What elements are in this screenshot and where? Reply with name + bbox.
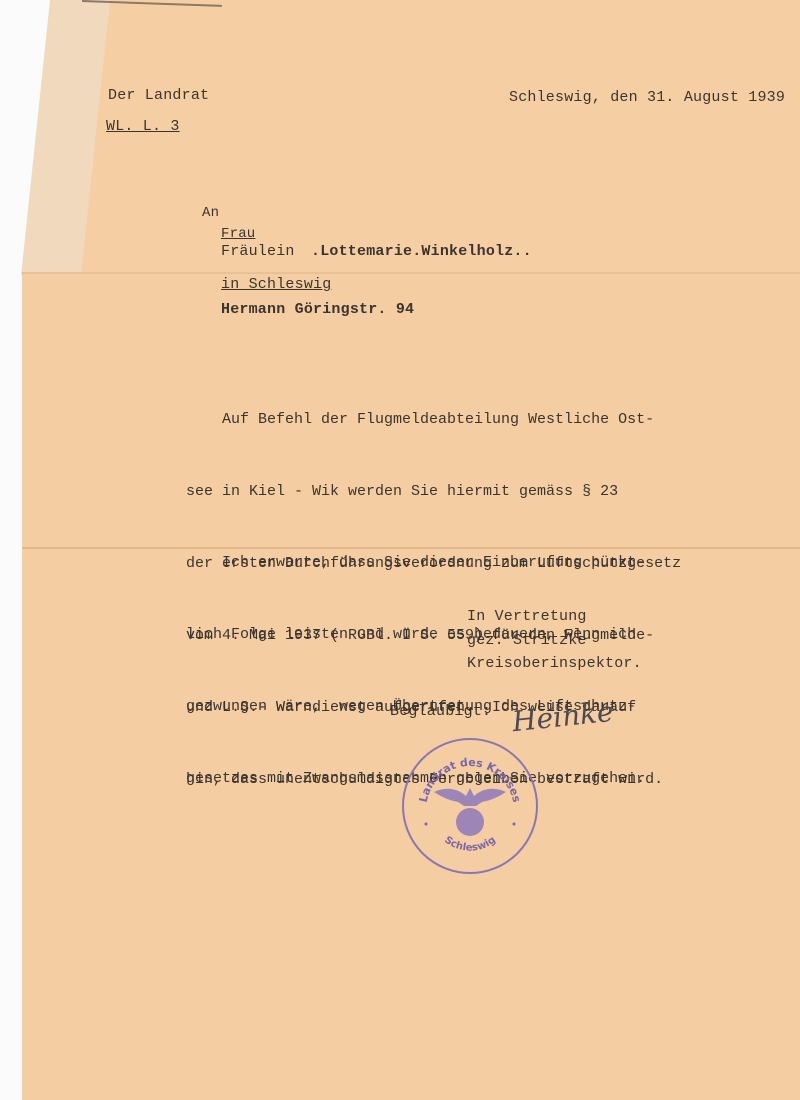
body-line: Auf Befehl der Flugmeldeabteilung Westli… [186, 408, 681, 432]
stamp-bottom-text: Schleswig [442, 835, 498, 854]
body-line: see in Kiel - Wik werden Sie hiermit gem… [186, 480, 681, 504]
paper-fold-line [22, 272, 800, 274]
recipient-city: in Schleswig [221, 276, 331, 293]
official-stamp: Landrat des Kreises Schleswig [402, 738, 538, 874]
closing-line-2: gez. Stritzke [467, 632, 587, 649]
place-date: Schleswig, den 31. August 1939 [509, 89, 785, 106]
recipient-title-struck: Frau [221, 226, 255, 242]
recipient-title: Fräulein [221, 243, 295, 260]
recipient-name: .Lottemarie.Winkelholz.. [311, 243, 532, 260]
closing-line-3: Kreisoberinspektor. [467, 655, 642, 672]
certification-label: Beglaubigt: [390, 703, 491, 720]
svg-text:Schleswig: Schleswig [442, 835, 498, 854]
recipient-street: Hermann Göringstr. 94 [221, 301, 414, 318]
closing-line-1: In Vertretung [467, 608, 587, 625]
sender-line: Der Landrat [108, 87, 209, 104]
body-line: Ich erwarte, dass Sie dieser Einberufung… [186, 551, 645, 575]
reference-number: WL. L. 3 [106, 118, 180, 135]
paper-top-sheet [78, 0, 800, 275]
eagle-emblem-icon: Landrat des Kreises Schleswig [404, 740, 536, 872]
recipient-prefix: An [202, 205, 219, 221]
